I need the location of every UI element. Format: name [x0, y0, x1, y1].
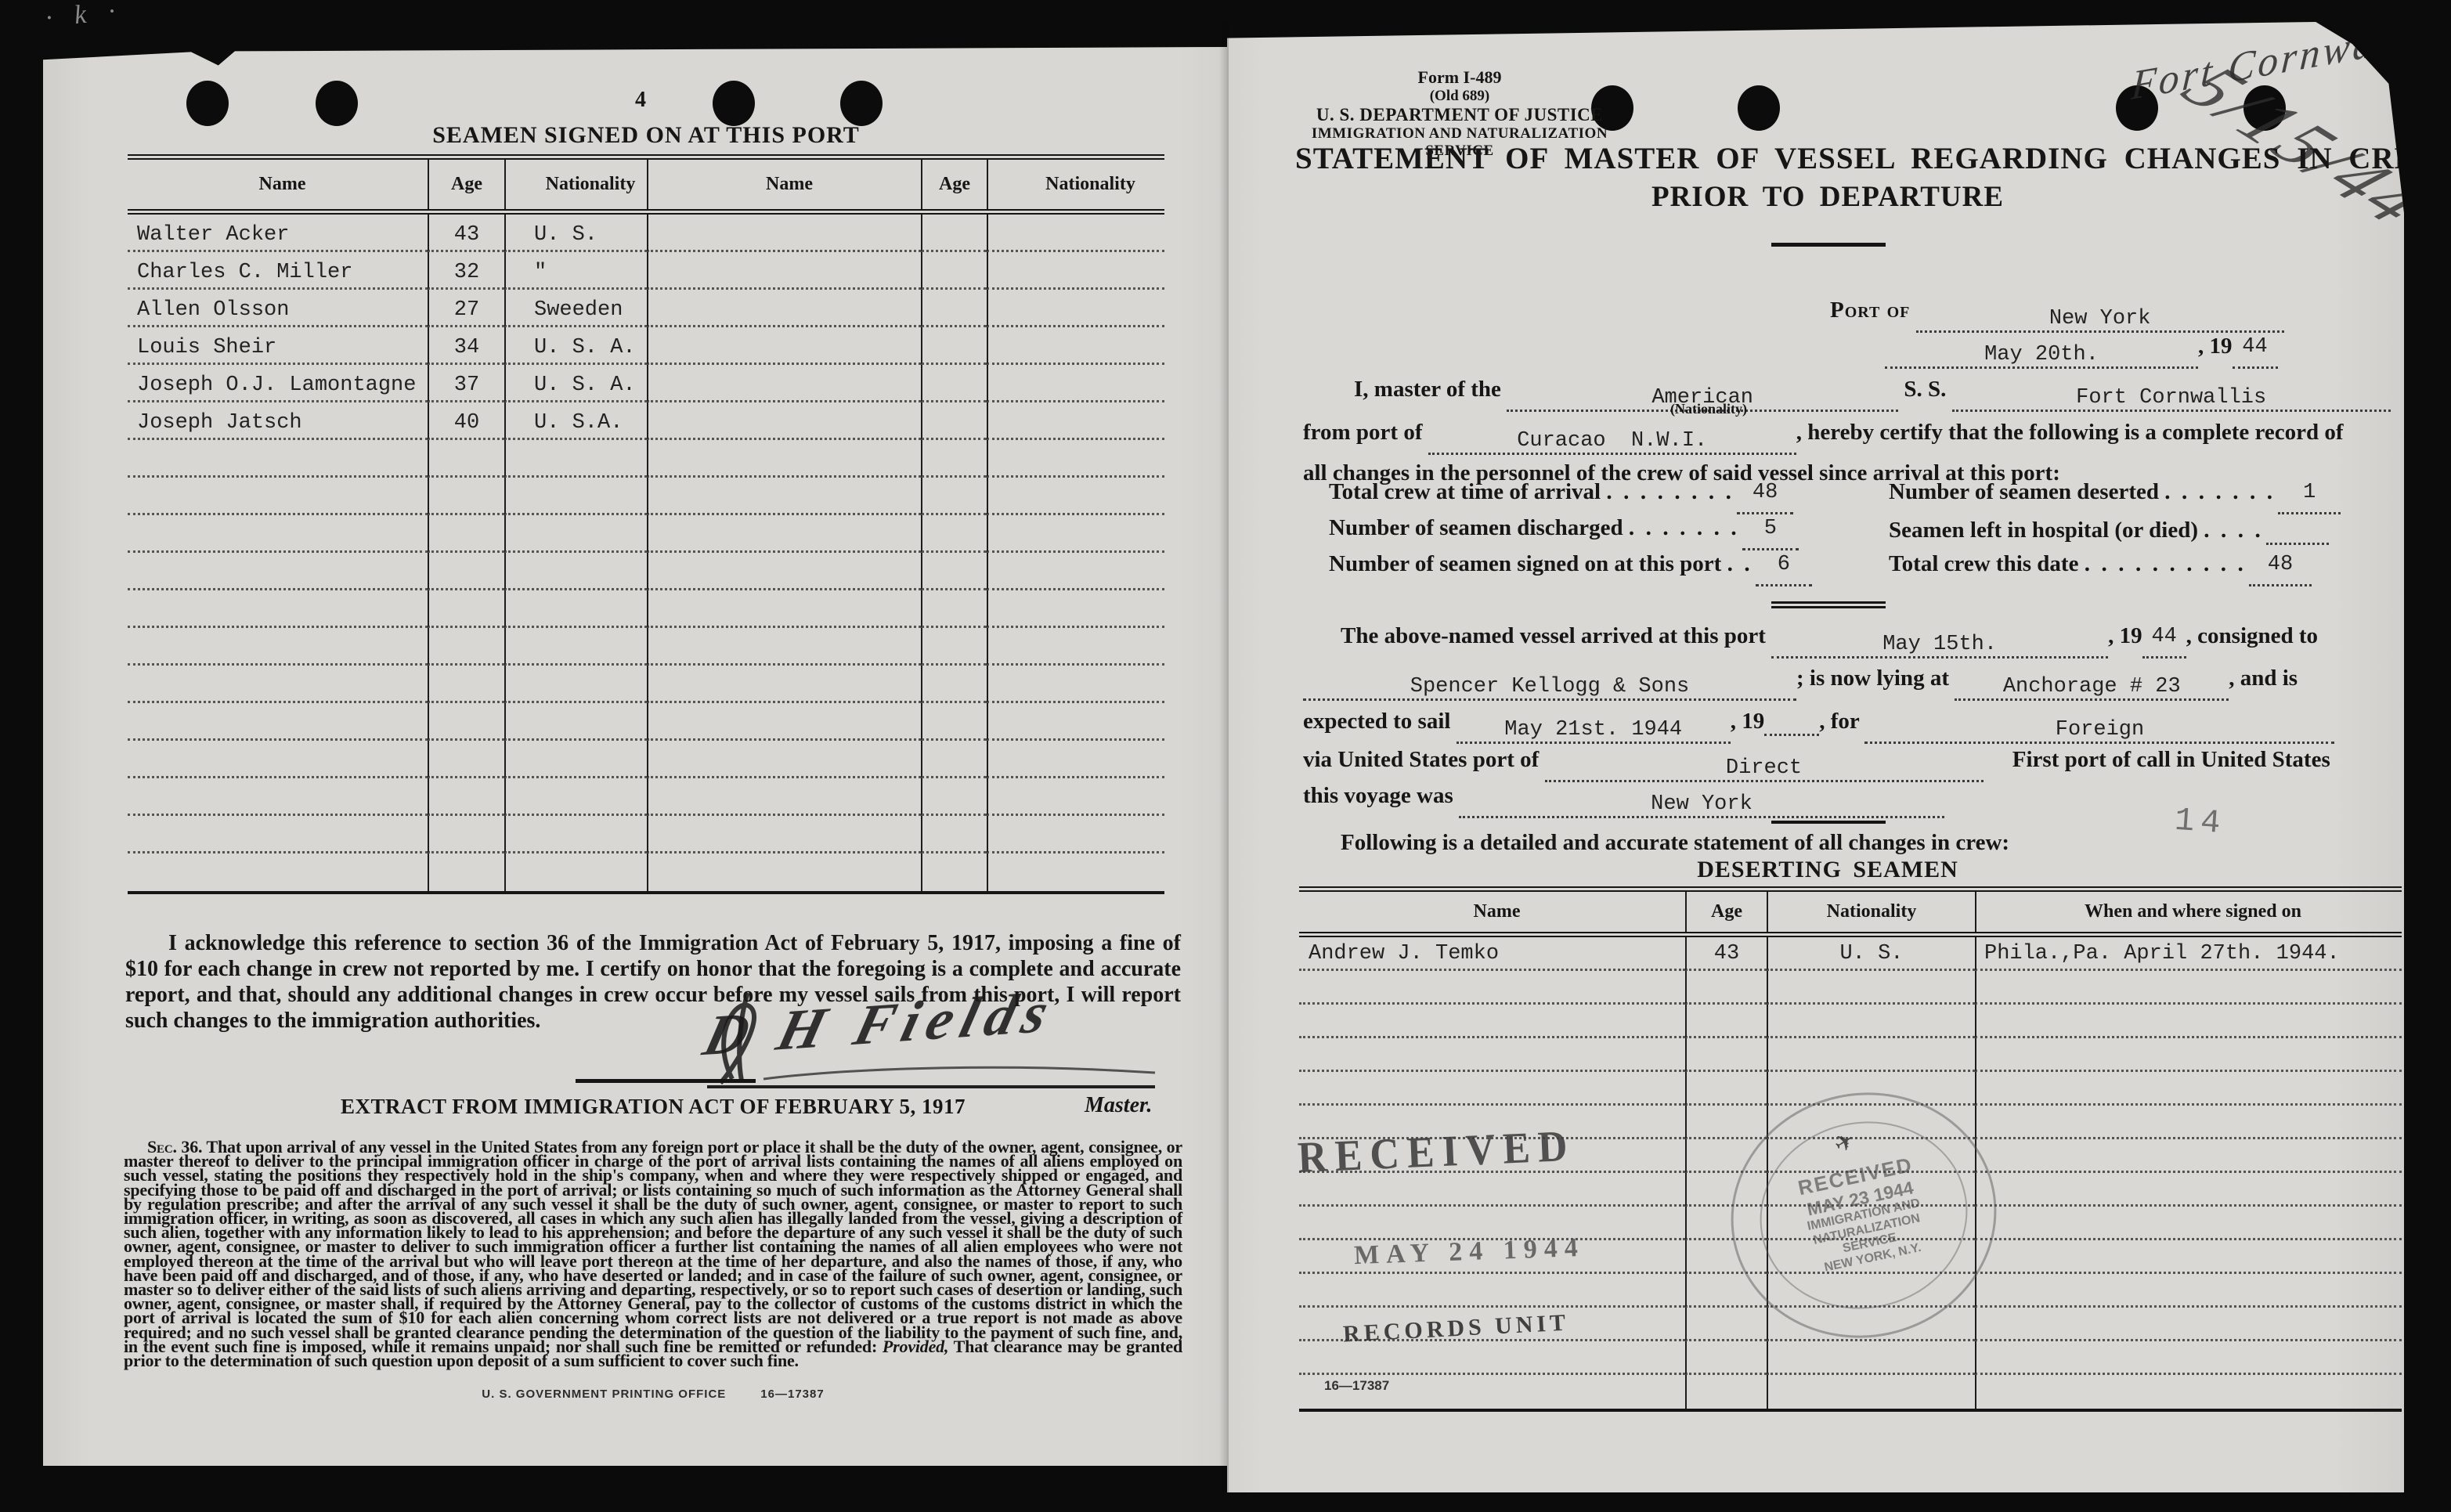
arrived-label: The above-named vessel arrived at this p…: [1341, 623, 1766, 648]
title-divider: [1771, 243, 1886, 247]
table-cell: 43: [1685, 937, 1767, 971]
stat-deserted: Number of seamen deserted . . . . . . . …: [1889, 479, 2341, 514]
via-label: via United States port of: [1303, 747, 1539, 772]
table-cell-empty: [921, 666, 987, 703]
printed-19: , 19: [2198, 334, 2233, 359]
expected-label: expected to sail: [1303, 709, 1450, 734]
table-cell-empty: [647, 365, 921, 402]
table-row: Joseph O.J. Lamontagne37U. S. A.: [128, 365, 1164, 402]
stat-label: Seamen left in hospital (or died) . . . …: [1889, 518, 2266, 543]
stat-field: 48: [2249, 557, 2312, 586]
table-row: [128, 666, 1164, 703]
table-cell-empty: [987, 478, 1164, 515]
table-row: [128, 703, 1164, 741]
master-line: I, master of the American S. S. Fort Cor…: [1354, 377, 2391, 412]
section-divider: [576, 1079, 756, 1083]
sail-year-field: [1764, 706, 1819, 736]
table-cell-empty: [428, 515, 504, 553]
anchorage-field: Anchorage # 23: [1955, 671, 2229, 701]
table-row: [128, 853, 1164, 891]
table-cell-empty: [428, 853, 504, 891]
table-cell-empty: [647, 553, 921, 590]
table-cell-empty: [504, 478, 647, 515]
table-cell-empty: [1767, 1341, 1975, 1375]
table-row: Charles C. Miller32": [128, 252, 1164, 290]
table-cell-empty: [987, 553, 1164, 590]
table-row: [1299, 1005, 2402, 1038]
table-cell-empty: [128, 778, 428, 816]
table-cell-empty: [504, 741, 647, 778]
table-cell-empty: [504, 628, 647, 666]
table-cell-empty: [1299, 1072, 1685, 1106]
voyage-divider: [1771, 821, 1886, 824]
from-port-field: Curacao N.W.I.: [1428, 425, 1796, 455]
table-cell-empty: [1767, 971, 1975, 1005]
table-cell-empty: [921, 778, 987, 816]
table-cell-empty: [1685, 971, 1767, 1005]
table-cell-empty: [428, 440, 504, 478]
lying-at-label: ; is now lying at: [1796, 666, 1949, 691]
table-cell-empty: [428, 666, 504, 703]
document-title-line2: PRIOR TO DEPARTURE: [1295, 180, 2360, 214]
sail-date-field: May 21st. 1944: [1457, 714, 1731, 744]
table-cell-empty: [128, 478, 428, 515]
table-cell-empty: [647, 515, 921, 553]
form-number: Form I-489: [1283, 67, 1636, 88]
table-cell-empty: [1685, 1072, 1767, 1106]
table-cell: U. S.A.: [504, 402, 647, 440]
via-port-field: Direct: [1545, 752, 1984, 782]
punch-hole-icon: [840, 81, 883, 126]
table-cell-empty: [1975, 971, 2402, 1005]
stat-total-arrival: Total crew at time of arrival . . . . . …: [1329, 479, 1793, 514]
left-page: 4 SEAMEN SIGNED ON AT THIS PORT NameAgeN…: [43, 47, 1227, 1466]
table-cell-empty: [921, 252, 987, 290]
table-cell: U. S.: [1767, 937, 1975, 971]
table-cell: Walter Acker: [128, 215, 428, 252]
column-header: Age: [921, 160, 987, 209]
table-cell-empty: [1685, 1375, 1767, 1409]
from-port-label: from port of: [1303, 420, 1422, 445]
seamen-signed-on-table: NameAgeNationalityNameAgeNationalityWalt…: [128, 154, 1164, 894]
stat-discharged: Number of seamen discharged . . . . . . …: [1329, 515, 1799, 550]
stat-value: 48: [1753, 481, 1778, 504]
table-cell: Andrew J. Temko: [1299, 937, 1685, 971]
table-row: [1299, 971, 2402, 1005]
stat-field: 1: [2278, 485, 2341, 514]
column-header: When and where signed on: [1975, 892, 2402, 932]
table-row: Joseph Jatsch40U. S.A.: [128, 402, 1164, 440]
round-stamp-text: RECEIVED MAY 23 1944 IMMIGRATION AND NAT…: [1796, 1153, 1932, 1277]
footer-plate-number: 16—17387: [760, 1388, 824, 1401]
printing-office-footer: U. S. GOVERNMENT PRINTING OFFICE16—17387: [125, 1388, 1181, 1401]
table-cell-empty: [987, 778, 1164, 816]
table-cell: Joseph O.J. Lamontagne: [128, 365, 428, 402]
column-header: Nationality: [987, 160, 1164, 209]
vessel-name: Fort Cornwallis: [2076, 386, 2266, 410]
airplane-icon: ✈: [1829, 1126, 1861, 1160]
table-cell-empty: [128, 853, 428, 891]
column-header: Nationality: [504, 160, 647, 209]
column-header: Name: [647, 160, 921, 209]
table-cell-empty: [987, 327, 1164, 365]
column-header: Age: [428, 160, 504, 209]
table-row: [1299, 1038, 2402, 1072]
date-value: May 20th.: [1984, 343, 2099, 366]
table-cell-empty: [1685, 1106, 1767, 1139]
stat-label: Number of seamen signed on at this port …: [1329, 551, 1756, 576]
table-cell-empty: [647, 215, 921, 252]
table-cell-empty: [647, 853, 921, 891]
table-row: [128, 478, 1164, 515]
table-cell-empty: [647, 440, 921, 478]
table-cell: ": [504, 252, 647, 290]
table-cell-empty: [1975, 1005, 2402, 1038]
table-cell-empty: [504, 440, 647, 478]
table-cell-empty: [128, 515, 428, 553]
corner-scribble-handwriting: · k ·: [44, 0, 125, 34]
table-cell-empty: [921, 553, 987, 590]
table-cell-empty: [1299, 971, 1685, 1005]
signature-line: [707, 1085, 1155, 1088]
table-cell-empty: [428, 478, 504, 515]
table-cell-empty: [1975, 1308, 2402, 1341]
table-row: [1299, 1341, 2402, 1375]
table-cell-empty: [987, 741, 1164, 778]
for-label: , for: [1819, 709, 1859, 734]
round-stamp-city: NEW YORK, N.Y.: [1814, 1239, 1931, 1277]
stat-label: Total crew at time of arrival . . . . . …: [1329, 479, 1737, 504]
table-cell: Joseph Jatsch: [128, 402, 428, 440]
table-cell-empty: [987, 853, 1164, 891]
table-cell-empty: [1975, 1106, 2402, 1139]
table-cell-empty: [647, 703, 921, 741]
punch-hole-icon: [1738, 85, 1780, 131]
ss-label: S. S.: [1904, 377, 1946, 402]
table-row: [128, 816, 1164, 853]
first-port-field: New York: [1459, 788, 1944, 818]
date-line: May 20th., 1944: [1885, 334, 2278, 369]
table-cell-empty: [987, 290, 1164, 327]
table-cell-empty: [504, 666, 647, 703]
column-header: Nationality: [1767, 892, 1975, 932]
table-cell: Charles C. Miller: [128, 252, 428, 290]
table-cell-empty: [921, 853, 987, 891]
and-is-label: , and is: [2229, 666, 2298, 691]
table-cell-empty: [921, 628, 987, 666]
port-label: Port of: [1830, 298, 1910, 323]
arrived-line: The above-named vessel arrived at this p…: [1341, 623, 2318, 659]
table-cell-empty: [1975, 1038, 2402, 1072]
table-cell-empty: [1685, 1341, 1767, 1375]
stat-field: [2266, 515, 2329, 545]
table-cell-empty: [647, 252, 921, 290]
table-cell-empty: [504, 778, 647, 816]
table-cell: Allen Olsson: [128, 290, 428, 327]
stat-value: 48: [2268, 553, 2293, 576]
table-cell-empty: [647, 478, 921, 515]
footer-office: U. S. GOVERNMENT PRINTING OFFICE: [482, 1388, 726, 1401]
table-cell-empty: [921, 402, 987, 440]
round-stamp-agency-2: NATURALIZATION: [1808, 1211, 1925, 1249]
table-cell-empty: [1299, 1038, 1685, 1072]
first-port-label: First port of call in United States: [2012, 747, 2330, 772]
year-value: 44: [2242, 335, 2267, 359]
table-cell-empty: [428, 778, 504, 816]
table-cell-empty: [1685, 1038, 1767, 1072]
from-port-value: Curacao N.W.I.: [1517, 429, 1707, 453]
stat-signed-on: Number of seamen signed on at this port …: [1329, 551, 1812, 586]
anchorage: Anchorage # 23: [2003, 675, 2181, 698]
table-cell-empty: [921, 590, 987, 628]
printed-19: , 19: [2108, 623, 2142, 648]
right-page: Form I-489 (Old 689) U. S. DEPARTMENT OF…: [1227, 22, 2404, 1492]
table-cell: 37: [428, 365, 504, 402]
first-port-value: New York: [1651, 792, 1753, 816]
stat-label: Number of seamen deserted . . . . . . .: [1889, 479, 2278, 504]
table-cell-empty: [921, 290, 987, 327]
punch-hole-icon: [713, 81, 755, 126]
round-stamp-agency-3: SERVICE: [1811, 1225, 1928, 1263]
table-cell-empty: [428, 703, 504, 741]
table-cell-empty: [128, 440, 428, 478]
table-cell-empty: [128, 741, 428, 778]
table-cell-empty: [1767, 1375, 1975, 1409]
from-port-line: from port of Curacao N.W.I., hereby cert…: [1303, 420, 2344, 455]
deserting-seamen-heading: DESERTING SEAMEN: [1295, 857, 2360, 883]
arrival-year-field: 44: [2142, 629, 2186, 659]
scanned-document: · k · 4 SEAMEN SIGNED ON AT THIS PORT Na…: [0, 0, 2451, 1512]
port-field: New York: [1916, 303, 2284, 333]
port-line: Port of New York: [1830, 298, 2284, 333]
table-cell-empty: [128, 703, 428, 741]
table-cell-empty: [987, 628, 1164, 666]
table-cell-empty: [1975, 1375, 2402, 1409]
voyage-line: this voyage was New York: [1303, 783, 1944, 818]
table-cell-empty: [1685, 1308, 1767, 1341]
table-row: [128, 553, 1164, 590]
table-cell-empty: [1975, 1341, 2402, 1375]
table-cell: Sweeden: [504, 290, 647, 327]
round-stamp-received: RECEIVED: [1796, 1153, 1915, 1200]
table-cell-empty: [921, 440, 987, 478]
table-cell-empty: [1767, 1005, 1975, 1038]
table-row: [128, 590, 1164, 628]
table-cell-empty: [504, 703, 647, 741]
table-cell-empty: [987, 252, 1164, 290]
table-cell-empty: [1767, 1038, 1975, 1072]
table-cell-empty: [921, 703, 987, 741]
table-cell-empty: [647, 778, 921, 816]
nationality-note: (Nationality): [1591, 401, 1826, 417]
table-row: Louis Sheir34U. S. A.: [128, 327, 1164, 365]
table-cell-empty: [647, 741, 921, 778]
table-row: Walter Acker43U. S.: [128, 215, 1164, 252]
table-cell-empty: [504, 515, 647, 553]
stat-hospital: Seamen left in hospital (or died) . . . …: [1889, 515, 2329, 545]
table-cell-empty: [647, 628, 921, 666]
table-cell-empty: [987, 816, 1164, 853]
round-stamp-agency-1: IMMIGRATION AND: [1805, 1196, 1922, 1235]
page-number: 4: [635, 88, 646, 113]
table-cell-empty: [921, 327, 987, 365]
table-cell-empty: [987, 215, 1164, 252]
extract-body-1: That upon arrival of any vessel in the U…: [124, 1137, 1182, 1356]
department-name: U. S. DEPARTMENT OF JUSTICE: [1283, 105, 1636, 125]
table-cell-empty: [428, 628, 504, 666]
stat-value: 1: [2303, 481, 2316, 504]
table-row: [128, 440, 1164, 478]
consignee: Spencer Kellogg & Sons: [1410, 675, 1689, 698]
table-header-row: NameAgeNationalityNameAgeNationality: [128, 160, 1164, 215]
voyage-label: this voyage was: [1303, 783, 1453, 808]
table-cell-empty: [987, 365, 1164, 402]
table-cell: U. S. A.: [504, 327, 647, 365]
column-header: Name: [1299, 892, 1685, 932]
following-line: Following is a detailed and accurate sta…: [1341, 830, 2009, 856]
following-text: Following is a detailed and accurate sta…: [1341, 830, 2009, 855]
via-line: via United States port of Direct First p…: [1303, 747, 2330, 782]
extract-paragraph: Sec. 36. That upon arrival of any vessel…: [124, 1140, 1182, 1368]
table-cell-empty: [1975, 1207, 2402, 1240]
extract-heading: EXTRACT FROM IMMIGRATION ACT OF FEBRUARY…: [125, 1095, 1181, 1119]
table-cell-empty: [987, 440, 1164, 478]
expected-sail-line: expected to sail May 21st. 1944, 19, for…: [1303, 706, 2334, 744]
stat-label: Number of seamen discharged . . . . . . …: [1329, 515, 1742, 540]
table-cell-empty: [1685, 1005, 1767, 1038]
consigned-line: Spencer Kellogg & Sons; is now lying at …: [1303, 666, 2298, 701]
consigned-to-label: , consigned to: [2186, 623, 2318, 648]
table-row: Allen Olsson27Sweeden: [128, 290, 1164, 327]
stat-field: 48: [1737, 485, 1793, 514]
pencil-annotation: 14: [2173, 802, 2228, 843]
table-cell: Phila.,Pa. April 27th. 1944.: [1975, 937, 2402, 971]
table-row: [128, 778, 1164, 816]
table-cell-empty: [128, 553, 428, 590]
table-cell-empty: [428, 590, 504, 628]
consignee-field: Spencer Kellogg & Sons: [1303, 671, 1796, 701]
table-cell-empty: [504, 853, 647, 891]
table-cell-empty: [1975, 1139, 2402, 1173]
table-cell-empty: [428, 741, 504, 778]
table-cell-empty: [647, 816, 921, 853]
table-cell-empty: [1975, 1173, 2402, 1207]
punch-hole-icon: [186, 81, 229, 126]
arrival-date-field: May 15th.: [1771, 629, 2108, 659]
table-cell-empty: [647, 402, 921, 440]
table-cell-empty: [921, 215, 987, 252]
provided-italic: Provided,: [883, 1337, 948, 1356]
stat-value: 5: [1764, 517, 1777, 540]
table-cell: 43: [428, 215, 504, 252]
table-cell-empty: [1975, 1274, 2402, 1308]
stat-field: 6: [1756, 557, 1812, 586]
column-header: Age: [1685, 892, 1767, 932]
table-cell-empty: [504, 553, 647, 590]
via-port: Direct: [1726, 756, 1802, 780]
table-cell-empty: [921, 478, 987, 515]
table-cell-empty: [128, 590, 428, 628]
table-cell-empty: [428, 553, 504, 590]
table-row: [128, 515, 1164, 553]
round-stamp-date: MAY 23 1944: [1801, 1176, 1919, 1221]
table-cell-empty: [987, 402, 1164, 440]
table-cell-empty: [987, 515, 1164, 553]
table-cell-empty: [504, 816, 647, 853]
table-cell-empty: [128, 666, 428, 703]
destination-field: Foreign: [1864, 714, 2334, 744]
table-cell-empty: [1299, 1274, 1685, 1308]
arrival-year: 44: [2151, 625, 2176, 648]
plate-number: 16—17387: [1324, 1378, 1389, 1394]
arrival-date: May 15th.: [1882, 633, 1997, 656]
stat-field: 5: [1742, 521, 1799, 550]
table-cell-empty: [1975, 1072, 2402, 1106]
punch-hole-icon: [316, 81, 358, 126]
table-row: [1299, 1375, 2402, 1409]
table-cell-empty: [987, 703, 1164, 741]
table-header-row: NameAgeNationalityWhen and where signed …: [1299, 892, 2402, 937]
table-cell-empty: [1299, 1005, 1685, 1038]
vessel-name-field: Fort Cornwallis: [1952, 382, 2391, 412]
table-cell-empty: [921, 741, 987, 778]
table-cell-empty: [987, 666, 1164, 703]
document-title-line1: STATEMENT OF MASTER OF VESSEL REGARDING …: [1295, 141, 2360, 176]
table-cell-empty: [647, 590, 921, 628]
table-cell-empty: [128, 816, 428, 853]
printed-19: , 19: [1731, 709, 1765, 734]
destination: Foreign: [2056, 718, 2144, 742]
table-cell-empty: [1299, 1207, 1685, 1240]
table-cell-empty: [921, 816, 987, 853]
form-number-old: (Old 689): [1283, 88, 1636, 105]
table-cell-empty: [428, 816, 504, 853]
sail-date: May 21st. 1944: [1504, 718, 1682, 742]
stat-total-date: Total crew this date . . . . . . . . . .…: [1889, 551, 2312, 586]
table-cell: U. S.: [504, 215, 647, 252]
table-row: Andrew J. Temko43U. S.Phila.,Pa. April 2…: [1299, 937, 2402, 971]
table-cell: Louis Sheir: [128, 327, 428, 365]
table-row: [128, 741, 1164, 778]
table-cell-empty: [921, 515, 987, 553]
table-cell-empty: [647, 290, 921, 327]
stat-value: 6: [1778, 553, 1790, 576]
table-row: [128, 628, 1164, 666]
table-cell: 32: [428, 252, 504, 290]
left-page-title: SEAMEN SIGNED ON AT THIS PORT: [43, 122, 1249, 149]
table-cell-empty: [1975, 1240, 2402, 1274]
year-field: 44: [2233, 339, 2278, 369]
table-cell-empty: [647, 666, 921, 703]
date-field: May 20th.: [1885, 339, 2198, 369]
table-cell-empty: [987, 590, 1164, 628]
table-cell: 40: [428, 402, 504, 440]
port-value: New York: [2049, 307, 2151, 330]
column-header: Name: [128, 160, 428, 209]
table-cell-empty: [921, 365, 987, 402]
certify-text: , hereby certify that the following is a…: [1796, 420, 2344, 445]
table-cell: 27: [428, 290, 504, 327]
stat-label: Total crew this date . . . . . . . . . .: [1889, 551, 2249, 576]
master-signature: D H Fields: [685, 985, 1186, 1095]
stats-divider: [1771, 601, 1886, 608]
master-label-1: I, master of the: [1354, 377, 1501, 402]
table-cell-empty: [647, 327, 921, 365]
table-cell-empty: [504, 590, 647, 628]
table-cell: U. S. A.: [504, 365, 647, 402]
table-cell: 34: [428, 327, 504, 365]
table-cell-empty: [128, 628, 428, 666]
